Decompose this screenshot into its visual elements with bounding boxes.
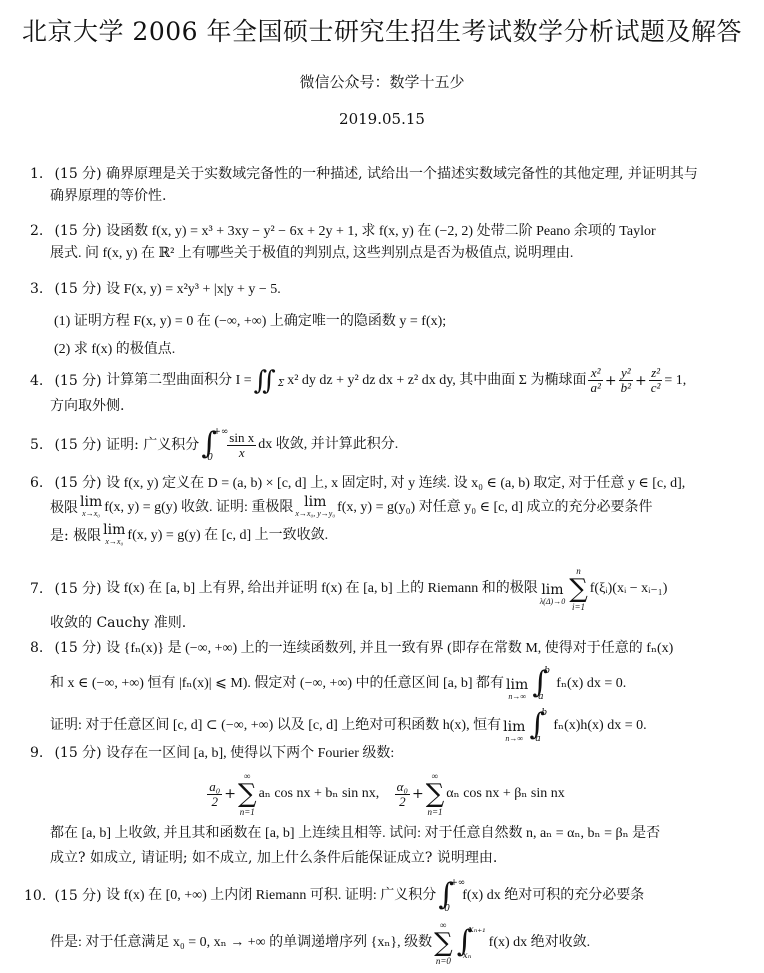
question-number: 8. [30, 637, 50, 659]
fourier-series-formula: a₀2+ ∞∑n=1 aₙ cos nx + bₙ sin nx, α₀2+ ∞… [30, 765, 740, 823]
question-text: x² dy dz + y² dz dx + z² dx dy, 其中曲面 Σ 为… [287, 370, 586, 392]
question-text: 成立? 如成立, 请证明; 如不成立, 加上什么条件后能保证成立? 说明理由. [30, 847, 740, 869]
question-text: 件是: 对于任意满足 x₀ = 0, xₙ → +∞ 的单调递增序列 {xₙ},… [50, 932, 432, 954]
question-9: 9. (15 分) 设存在一区间 [a, b], 使得以下两个 Fourier … [30, 742, 740, 869]
question-5: 5. (15 分) 证明: 广义积分 ∫+∞0 sin xx dx 收敛, 并计… [30, 425, 740, 465]
integral-symbol: ∫ba [532, 664, 554, 704]
question-text: 确界原理的等价性. [30, 185, 740, 207]
question-text: f(x, y) = g(y) 在 [c, d] 上一致收敛. [127, 525, 328, 547]
fraction: a₀2 [207, 780, 222, 809]
question-text: 设函数 f(x, y) = x³ + 3xy − y² − 6x + 2y + … [106, 224, 656, 239]
sum-symbol: ∞∑n=1 [426, 771, 445, 817]
question-text: f(ξᵢ)(xᵢ − xᵢ₋₁) [590, 578, 668, 600]
question-text: f(x) dx 绝对可积的充分必要条 [462, 885, 644, 907]
question-number: 10. [24, 885, 50, 907]
question-number: 5. [30, 434, 50, 456]
sum-symbol: ∞∑n=0 [434, 920, 453, 966]
question-score: (15 分) [54, 434, 101, 456]
question-score: (15 分) [54, 640, 101, 656]
question-text: 设 f(x) 在 [a, b] 上有界, 给出并证明 f(x) 在 [a, b]… [106, 578, 538, 600]
document-subtitle: 微信公众号：数学十五少 [0, 71, 764, 92]
question-number: 9. [30, 742, 50, 764]
question-score: (15 分) [54, 370, 101, 392]
fraction: α₀2 [395, 780, 410, 809]
question-text: 设存在一区间 [a, b], 使得以下两个 Fourier 级数: [106, 746, 394, 761]
question-text: 证明: 广义积分 [106, 434, 199, 456]
double-integral-symbol: ∬ [254, 368, 276, 394]
question-text: 设 f(x, y) 定义在 D = (a, b) × [c, d] 上, x 固… [106, 476, 685, 491]
limit-operator: limx→x₀ [80, 497, 102, 519]
question-text: 设 F(x, y) = x²y³ + |x|y + y − 5. [106, 282, 281, 297]
question-10: 10. (15 分) 设 f(x) 在 [0, +∞) 上内闭 Riemann … [24, 876, 740, 966]
question-text: 设 {fₙ(x)} 是 (−∞, +∞) 上的一连续函数列, 并且一致有界 (即… [106, 641, 673, 656]
integral-symbol: ∫ba [529, 706, 551, 746]
question-score: (15 分) [54, 578, 101, 600]
question-number: 7. [30, 578, 50, 600]
question-text: = 1, [664, 370, 686, 392]
integral-symbol: ∫+∞0 [438, 876, 460, 916]
question-text: 设 f(x) 在 [0, +∞) 上内闭 Riemann 可积. 证明: 广义积… [106, 885, 436, 907]
limit-operator: limx→x₀ [103, 525, 125, 547]
question-text: dx 收敛, 并计算此积分. [258, 434, 398, 456]
fraction: z²c² [649, 366, 663, 395]
question-text: 展式. 问 f(x, y) 在 ℝ² 上有哪些关于极值的判别点, 这些判别点是否… [30, 243, 740, 265]
question-text: 是: 极限 [50, 525, 101, 547]
limit-operator: limn→∞ [503, 722, 525, 744]
question-number: 1. [30, 163, 50, 185]
sum-symbol: ∞∑n=1 [238, 771, 257, 817]
question-text: f(x) dx 绝对收敛. [489, 932, 591, 954]
question-score: (15 分) [54, 166, 101, 182]
document-date: 2019.05.15 [0, 110, 764, 128]
question-text: 极限 [50, 497, 78, 519]
question-text: fₙ(x)h(x) dx = 0. [553, 715, 646, 737]
fraction: sin xx [227, 431, 256, 460]
question-text: 证明: 对于任意区间 [c, d] ⊂ (−∞, +∞) 以及 [c, d] 上… [50, 715, 501, 737]
question-number: 4. [30, 370, 50, 392]
question-text: 方向取外侧. [30, 395, 740, 417]
question-score: (15 分) [54, 223, 101, 239]
document-title: 北京大学 2006 年全国硕士研究生招生考试数学分析试题及解答 [0, 12, 764, 48]
question-1: 1. (15 分) 确界原理是关于实数域完备性的一种描述, 试给出一个描述实数域… [30, 163, 740, 207]
question-score: (15 分) [54, 475, 101, 491]
limit-operator: limx→x₀, y→y₀ [295, 497, 335, 519]
question-text: 都在 [a, b] 上收敛, 并且其和函数在 [a, b] 上连续且相等. 试问… [30, 823, 740, 845]
question-8: 8. (15 分) 设 {fₙ(x)} 是 (−∞, +∞) 上的一连续函数列,… [30, 637, 740, 746]
question-text: 和 x ∈ (−∞, +∞) 恒有 |fₙ(x)| ⩽ M). 假定对 (−∞,… [50, 673, 504, 695]
question-number: 3. [30, 278, 50, 300]
question-4: 4. (15 分) 计算第二型曲面积分 I = ∬Σ x² dy dz + y²… [30, 366, 740, 417]
surface-label: Σ [278, 373, 284, 395]
question-text: 收敛的 Cauchy 准则. [30, 612, 740, 634]
question-6: 6. (15 分) 设 f(x, y) 定义在 D = (a, b) × [c,… [30, 472, 740, 547]
sum-symbol: n∑i=1 [569, 566, 588, 612]
question-score: (15 分) [54, 885, 101, 907]
fraction: y²b² [619, 366, 633, 395]
question-text: 确界原理是关于实数域完备性的一种描述, 试给出一个描述实数域完备性的其他定理, … [106, 166, 698, 182]
integral-symbol: ∫+∞0 [201, 425, 223, 465]
question-2: 2. (15 分) 设函数 f(x, y) = x³ + 3xy − y² − … [30, 220, 740, 265]
sub-question-1: (1) 证明方程 F(x, y) = 0 在 (−∞, +∞) 上确定唯一的隐函… [30, 311, 740, 333]
integral-symbol: ∫xₙ₊₁xₙ [457, 923, 487, 963]
question-text: fₙ(x) dx = 0. [556, 673, 626, 695]
question-score: (15 分) [54, 745, 101, 761]
question-7: 7. (15 分) 设 f(x) 在 [a, b] 上有界, 给出并证明 f(x… [30, 566, 740, 634]
question-text: f(x, y) = g(y₀) 对任意 y₀ ∈ [c, d] 成立的充分必要条… [337, 497, 652, 519]
limit-operator: limλ(Δ)→0 [540, 585, 566, 607]
sub-question-2: (2) 求 f(x) 的极值点. [30, 339, 740, 361]
question-text: f(x, y) = g(y) 收敛. 证明: 重极限 [104, 497, 293, 519]
question-number: 6. [30, 472, 50, 494]
limit-operator: limn→∞ [506, 680, 528, 702]
question-number: 2. [30, 220, 50, 242]
question-3: 3. (15 分) 设 F(x, y) = x²y³ + |x|y + y − … [30, 278, 740, 361]
fraction: x²a² [588, 366, 602, 395]
question-text: 计算第二型曲面积分 I = [106, 370, 252, 392]
question-score: (15 分) [54, 281, 101, 297]
